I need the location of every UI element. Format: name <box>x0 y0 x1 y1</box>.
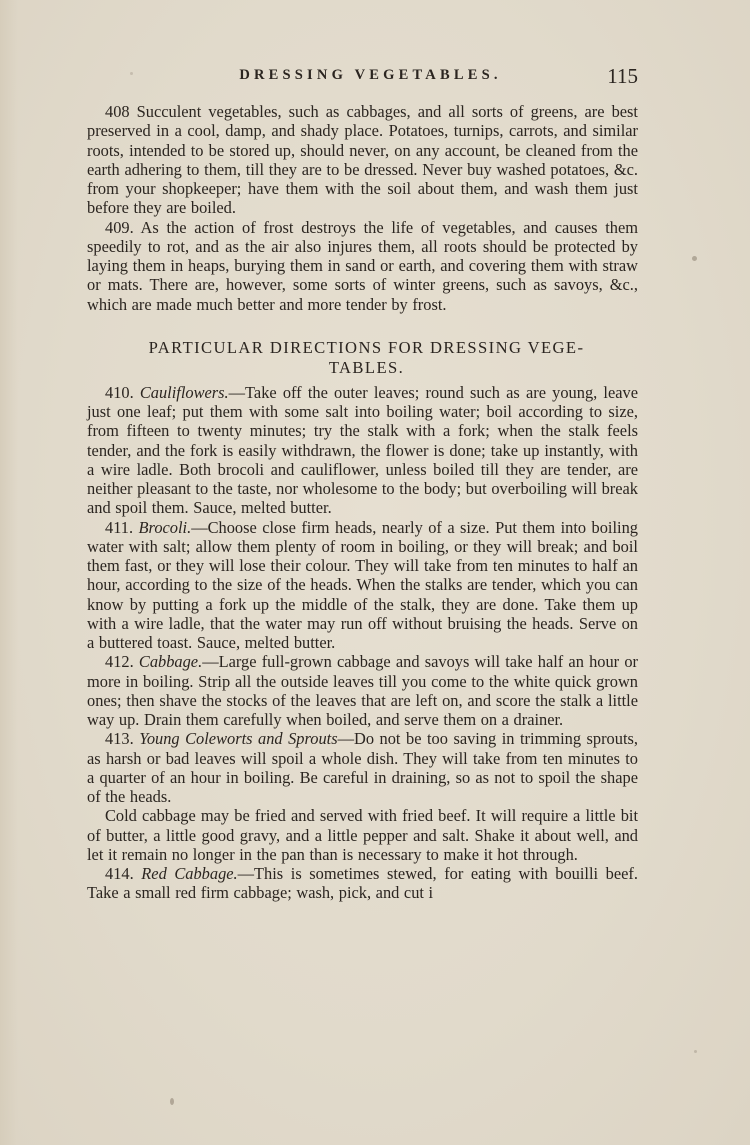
section-heading-line1: PARTICULAR DIRECTIONS FOR DRESSING VEGE- <box>95 338 638 358</box>
recipe-413-coleworts: 413. Young Coleworts and Sprouts—Do not … <box>87 729 638 806</box>
running-title: DRESSING VEGETABLES. <box>87 67 638 84</box>
recipe-number: 411. <box>105 518 133 537</box>
page-number: 115 <box>607 64 638 89</box>
recipe-title: Cauliflowers. <box>140 383 229 402</box>
recipe-title: Red Cabbage. <box>141 864 237 883</box>
recipe-number: 413. <box>105 729 134 748</box>
paper-spot <box>170 1098 174 1105</box>
paragraph-text: As the action of frost destroys the life… <box>87 218 638 314</box>
section-heading-line2: TABLES. <box>95 358 638 378</box>
recipe-411-brocoli: 411. Brocoli.—Choose close firm heads, n… <box>87 518 638 653</box>
recipe-number: 412. <box>105 652 134 671</box>
recipe-title: Brocoli. <box>139 518 192 537</box>
page-edge-shadow <box>0 0 18 1145</box>
paper-spot <box>130 72 133 75</box>
paragraph-409: 409. As the action of frost destroys the… <box>87 218 638 314</box>
body-text: 408 Succulent vegetables, such as cabbag… <box>87 102 638 903</box>
paragraph-number: 409. <box>105 218 134 237</box>
paragraph-408: 408 Succulent vegetables, such as cabbag… <box>87 102 638 218</box>
recipe-414-red-cabbage: 414. Red Cabbage.—This is sometimes stew… <box>87 864 638 903</box>
running-head: DRESSING VEGETABLES. 115 <box>87 64 638 88</box>
recipe-412-cabbage: 412. Cabbage.—Large full-grown cabbage a… <box>87 652 638 729</box>
paper-spot <box>694 1050 697 1053</box>
paper-spot <box>692 256 697 261</box>
paragraph-text: Cold cabbage may be fried and served wit… <box>87 806 638 864</box>
recipe-text: —Choose close firm heads, nearly of a si… <box>87 518 638 653</box>
recipe-title: Cabbage. <box>139 652 202 671</box>
cold-cabbage-note: Cold cabbage may be fried and served wit… <box>87 806 638 864</box>
recipe-text: —Take off the outer leaves; round such a… <box>87 383 638 518</box>
recipe-title: Young Coleworts and Sprouts <box>139 729 337 748</box>
paragraph-number: 408 <box>105 102 130 121</box>
paragraph-text: Succulent vegetables, such as cabbages, … <box>87 102 638 217</box>
section-heading: PARTICULAR DIRECTIONS FOR DRESSING VEGE-… <box>87 338 638 378</box>
recipe-410-cauliflowers: 410. Cauliflowers.—Take off the outer le… <box>87 383 638 518</box>
recipe-number: 410. <box>105 383 134 402</box>
recipe-number: 414. <box>105 864 134 883</box>
